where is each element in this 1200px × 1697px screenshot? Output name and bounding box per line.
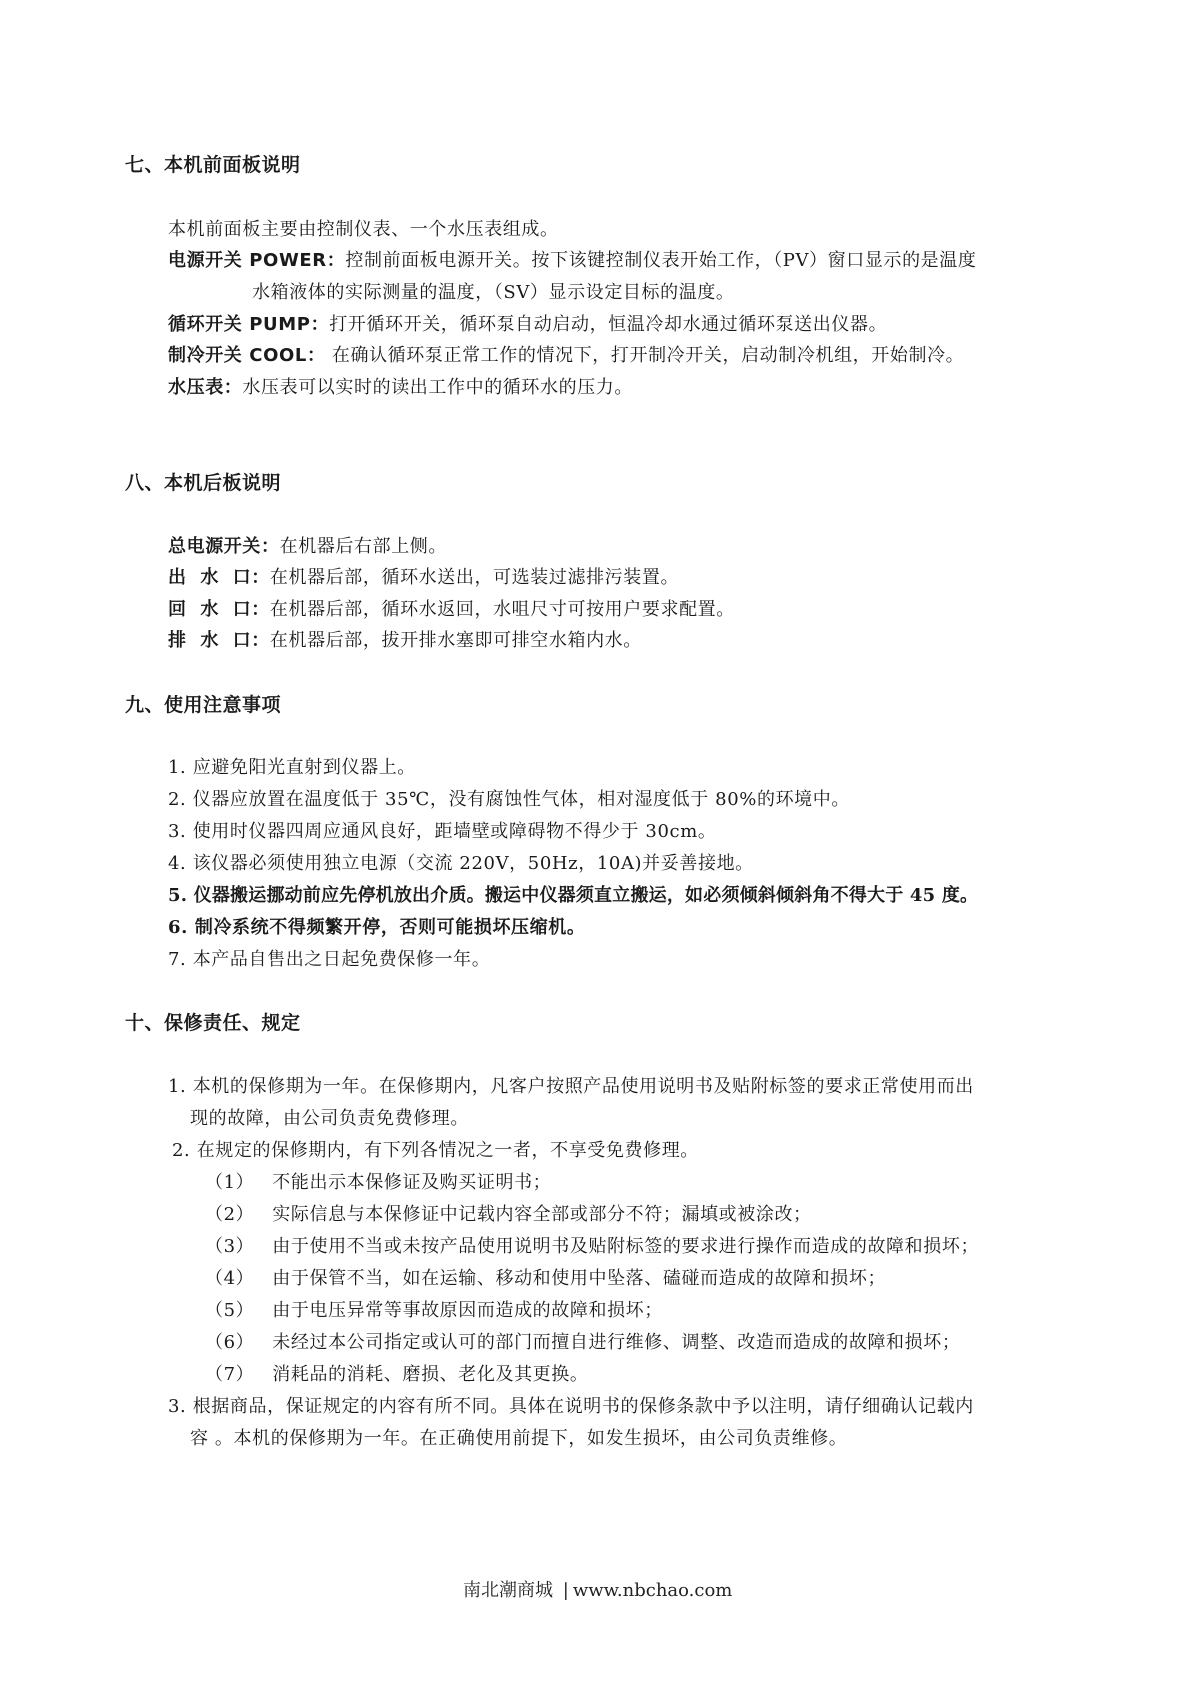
section-7-intro: 本机前面板主要由控制仪表、一个水压表组成。 <box>168 215 559 241</box>
exclusion-num: （7） <box>205 1364 254 1385</box>
pressure-gauge-text: 水压表可以实时的读出工作中的循环水的压力。 <box>242 377 633 398</box>
water-return-text: 在机器后部，循环水返回，水咀尺寸可按用户要求配置。 <box>270 599 735 620</box>
exclusion-text: 未经过本公司指定或认可的部门而擅自进行维修、调整、改造而造成的故障和损坏； <box>272 1332 960 1353</box>
section-8-title: 八、本机后板说明 <box>125 468 281 495</box>
cool-switch-text: 在确认循环泵正常工作的情况下，打开制冷开关，启动制冷机组，开始制冷。 <box>326 345 965 366</box>
exclusion-text: 不能出示本保修证及购买证明书； <box>272 1172 551 1193</box>
main-power-label: 总电源开关： <box>168 536 280 557</box>
cool-switch-line: 制冷开关 COOL： 在确认循环泵正常工作的情况下，打开制冷开关，启动制冷机组，… <box>168 341 964 367</box>
main-power-text: 在机器后右部上侧。 <box>280 536 447 557</box>
notice-item-3: 3. 使用时仪器四周应通风良好，距墙壁或障碍物不得少于 30cm。 <box>168 817 716 843</box>
document-page: 七、本机前面板说明 本机前面板主要由控制仪表、一个水压表组成。 电源开关 POW… <box>0 0 1200 1697</box>
exclusion-num: （5） <box>205 1300 254 1321</box>
exclusion-item-1: （1）不能出示本保修证及购买证明书； <box>205 1168 551 1194</box>
exclusion-item-6: （6）未经过本公司指定或认可的部门而擅自进行维修、调整、改造而造成的故障和损坏； <box>205 1328 960 1354</box>
footer-separator: | <box>563 1580 569 1601</box>
exclusion-num: （3） <box>205 1236 254 1257</box>
exclusion-text: 消耗品的消耗、磨损、老化及其更换。 <box>272 1364 588 1385</box>
water-drain-text: 在机器后部，拔开排水塞即可排空水箱内水。 <box>270 630 642 651</box>
section-9-title: 九、使用注意事项 <box>125 690 281 717</box>
power-switch-line: 电源开关 POWER：控制前面板电源开关。按下该键控制仪表开始工作，（PV）窗口… <box>168 246 976 272</box>
water-drain-label: 排 水 口： <box>168 630 270 651</box>
section-10-title: 十、保修责任、规定 <box>125 1008 301 1035</box>
power-switch-label: 电源开关 POWER： <box>168 250 345 271</box>
water-outlet-line: 出 水 口：在机器后部，循环水送出，可选装过滤排污装置。 <box>168 563 679 589</box>
exclusion-num: （4） <box>205 1268 254 1289</box>
water-outlet-text: 在机器后部，循环水送出，可选装过滤排污装置。 <box>270 567 679 588</box>
notice-item-7: 7. 本产品自售出之日起免费保修一年。 <box>168 945 490 971</box>
warranty-p3-continuation: 容 。本机的保修期为一年。在正确使用前提下，如发生损坏，由公司负责维修。 <box>190 1424 847 1450</box>
footer-brand: 南北潮商城 <box>463 1580 553 1601</box>
exclusion-item-5: （5）由于电压异常等事故原因而造成的故障和损坏； <box>205 1296 663 1322</box>
exclusion-text: 由于保管不当，如在运输、移动和使用中坠落、磕碰而造成的故障和损坏； <box>272 1268 886 1289</box>
footer-url[interactable]: www.nbchao.com <box>573 1580 733 1601</box>
notice-item-5: 5. 仪器搬运挪动前应先停机放出介质。搬运中仪器须直立搬运，如必须倾斜倾斜角不得… <box>168 881 978 907</box>
exclusion-item-7: （7）消耗品的消耗、磨损、老化及其更换。 <box>205 1360 588 1386</box>
exclusion-text: 由于使用不当或未按产品使用说明书及贴附标签的要求进行操作而造成的故障和损坏； <box>272 1236 979 1257</box>
exclusion-num: （1） <box>205 1172 254 1193</box>
warranty-p3: 3. 根据商品，保证规定的内容有所不同。具体在说明书的保修条款中予以注明，请仔细… <box>168 1392 974 1418</box>
warranty-p1: 1. 本机的保修期为一年。在保修期内，凡客户按照产品使用说明书及贴附标签的要求正… <box>168 1072 974 1098</box>
pump-switch-label: 循环开关 PUMP： <box>168 314 329 335</box>
pressure-gauge-line: 水压表：水压表可以实时的读出工作中的循环水的压力。 <box>168 373 633 399</box>
notice-item-2: 2. 仪器应放置在温度低于 35℃，没有腐蚀性气体，相对湿度低于 80%的环境中… <box>168 785 850 811</box>
warranty-p1-continuation: 现的故障，由公司负责免费修理。 <box>190 1104 469 1130</box>
water-drain-line: 排 水 口：在机器后部，拔开排水塞即可排空水箱内水。 <box>168 626 642 652</box>
notice-item-4: 4. 该仪器必须使用独立电源（交流 220V，50Hz，10A)并妥善接地。 <box>168 849 754 875</box>
warranty-p2: 2. 在规定的保修期内，有下列各情况之一者，不享受免费修理。 <box>172 1136 699 1162</box>
cool-switch-label: 制冷开关 COOL： <box>168 345 326 366</box>
pump-switch-line: 循环开关 PUMP：打开循环开关，循环泵自动启动，恒温冷却水通过循环泵送出仪器。 <box>168 310 887 336</box>
water-return-label: 回 水 口： <box>168 599 270 620</box>
pressure-gauge-label: 水压表： <box>168 377 242 398</box>
pump-switch-text: 打开循环开关，循环泵自动启动，恒温冷却水通过循环泵送出仪器。 <box>329 314 887 335</box>
page-footer: 南北潮商城 |www.nbchao.com <box>463 1576 732 1602</box>
power-switch-text: 控制前面板电源开关。按下该键控制仪表开始工作，（PV）窗口显示的是温度 <box>345 250 976 271</box>
exclusion-item-4: （4）由于保管不当，如在运输、移动和使用中坠落、磕碰而造成的故障和损坏； <box>205 1264 886 1290</box>
main-power-line: 总电源开关：在机器后右部上侧。 <box>168 532 447 558</box>
exclusion-num: （6） <box>205 1332 254 1353</box>
notice-item-1: 1. 应避免阳光直射到仪器上。 <box>168 753 416 779</box>
exclusion-item-3: （3）由于使用不当或未按产品使用说明书及贴附标签的要求进行操作而造成的故障和损坏… <box>205 1232 979 1258</box>
notice-item-6: 6. 制冷系统不得频繁开停，否则可能损坏压缩机。 <box>168 913 585 939</box>
exclusion-text: 由于电压异常等事故原因而造成的故障和损坏； <box>272 1300 663 1321</box>
exclusion-text: 实际信息与本保修证中记载内容全部或部分不符；漏填或被涂改； <box>272 1204 811 1225</box>
section-7-title: 七、本机前面板说明 <box>125 150 301 177</box>
water-return-line: 回 水 口：在机器后部，循环水返回，水咀尺寸可按用户要求配置。 <box>168 595 735 621</box>
exclusion-num: （2） <box>205 1204 254 1225</box>
exclusion-item-2: （2）实际信息与本保修证中记载内容全部或部分不符；漏填或被涂改； <box>205 1200 812 1226</box>
water-outlet-label: 出 水 口： <box>168 567 270 588</box>
power-switch-continuation: 水箱液体的实际测量的温度，（SV）显示设定目标的温度。 <box>252 278 735 304</box>
